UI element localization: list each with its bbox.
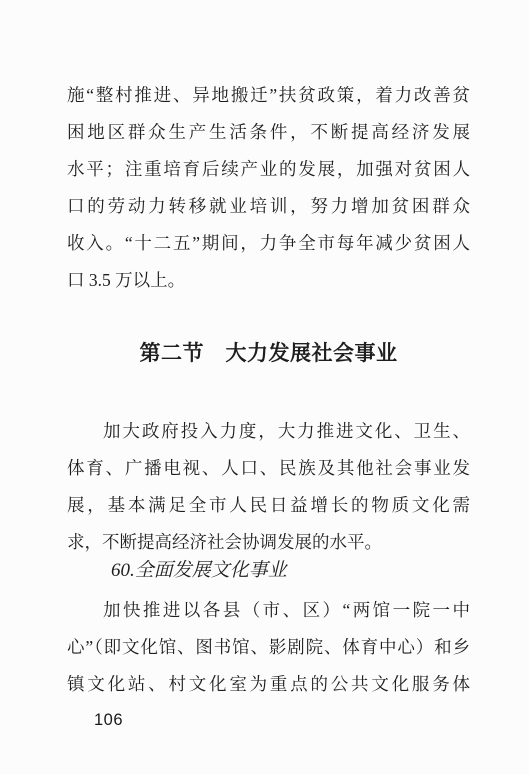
body-line: 困地区群众生产生活条件，不断提高经济发展 bbox=[67, 114, 470, 151]
body-line: 加大政府投入力度，大力推进文化、卫生、 bbox=[67, 413, 470, 450]
subsection-heading: 60.全面发展文化事业 bbox=[67, 552, 470, 589]
paragraph-3: 加快推进以各县（市、区）“两馆一院一中 心”（即文化馆、图书馆、影剧院、体育中心… bbox=[67, 592, 470, 703]
body-line: 施“整村推进、异地搬迁”扶贫政策，着力改善贫 bbox=[67, 77, 470, 114]
document-page: 施“整村推进、异地搬迁”扶贫政策，着力改善贫 困地区群众生产生活条件，不断提高经… bbox=[0, 0, 529, 774]
body-line: 收入。“十二五”期间，力争全市每年减少贫困人 bbox=[67, 225, 470, 262]
body-line: 口 3.5 万以上。 bbox=[67, 262, 470, 299]
subsection-heading-block: 60.全面发展文化事业 bbox=[67, 552, 470, 589]
body-line: 镇文化站、村文化室为重点的公共文化服务体 bbox=[67, 666, 470, 703]
body-line: 心”（即文化馆、图书馆、影剧院、体育中心）和乡 bbox=[67, 629, 470, 666]
body-line: 加快推进以各县（市、区）“两馆一院一中 bbox=[67, 592, 470, 629]
paragraph-2: 加大政府投入力度，大力推进文化、卫生、 体育、广播电视、人口、民族及其他社会事业… bbox=[67, 413, 470, 561]
page-number: 106 bbox=[94, 711, 123, 730]
paragraph-1: 施“整村推进、异地搬迁”扶贫政策，着力改善贫 困地区群众生产生活条件，不断提高经… bbox=[67, 77, 470, 299]
body-line: 展，基本满足全市人民日益增长的物质文化需 bbox=[67, 487, 470, 524]
section-heading: 第二节 大力发展社会事业 bbox=[67, 336, 470, 370]
body-line: 体育、广播电视、人口、民族及其他社会事业发 bbox=[67, 450, 470, 487]
body-line: 水平；注重培育后续产业的发展，加强对贫困人 bbox=[67, 151, 470, 188]
body-line: 口的劳动力转移就业培训，努力增加贫困群众 bbox=[67, 188, 470, 225]
